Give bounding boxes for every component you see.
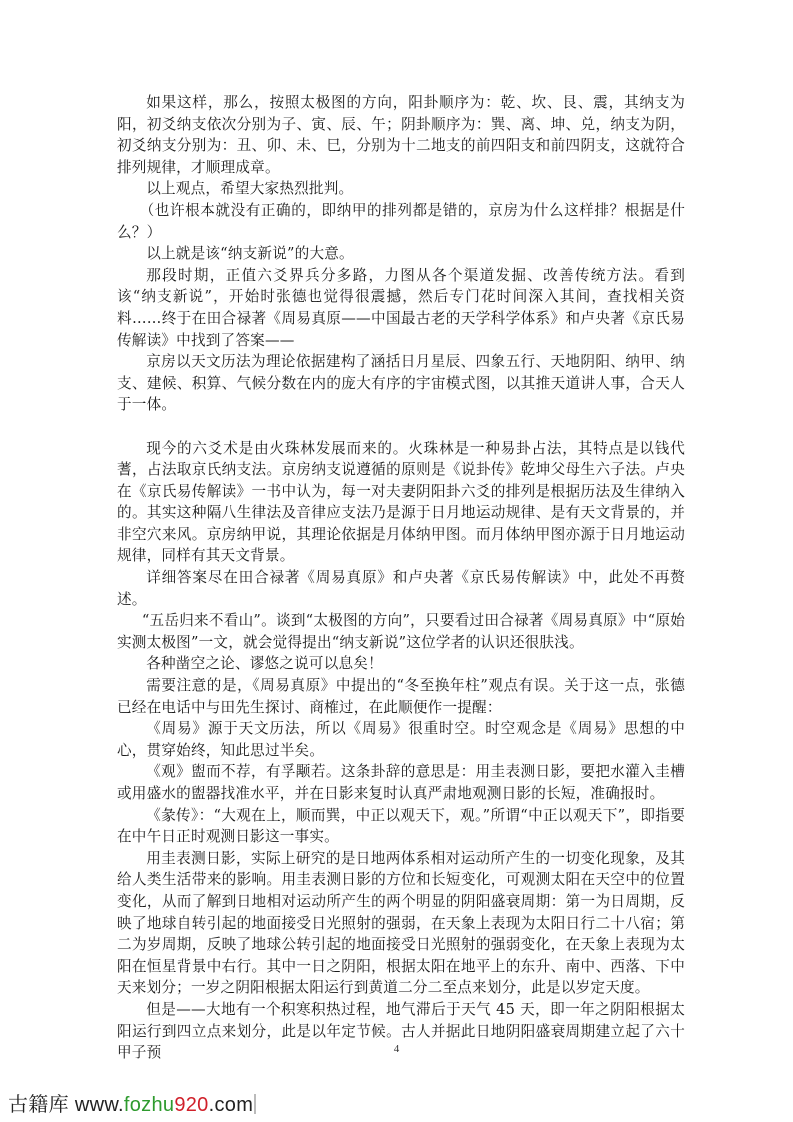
paragraph: 京房以天文历法为理论依据建构了涵括日月星辰、四象五行、天地阴阳、纳甲、纳支、建候…	[117, 351, 685, 416]
paragraph: 用圭表测日影，实际上研究的是日地两体系相对运动所产生的一切变化现象，及其给人类生…	[117, 848, 685, 999]
paragraph: “五岳归来不看山”。谈到“太极图的方向”，只要看过田合禄著《周易真原》中“原始实…	[117, 610, 685, 653]
paragraph: 那段时期，正值六爻界兵分多路，力图从各个渠道发掘、改善传统方法。看到该“纳支新说…	[117, 265, 685, 351]
watermark-url-prefix: www.	[75, 1094, 124, 1116]
text-cursor-icon	[254, 1094, 256, 1114]
paragraph: 《观》盥而不荐，有孚颙若。这条卦辞的意思是：用圭表测日影，要把水灌入圭槽或用盛水…	[117, 761, 685, 804]
site-watermark: 古籍库www.fozhu920.com	[8, 1088, 256, 1117]
paragraph: 《彖传》：“大观在上，顺而巽，中正以观天下，观。”所谓“中正以观天下”，即指要在…	[117, 805, 685, 848]
watermark-url-suffix: .com	[209, 1094, 254, 1116]
paragraph: 以上观点，希望大家热烈批判。	[117, 178, 685, 200]
paragraph: 现今的六爻术是由火珠林发展而来的。火珠林是一种易卦占法，其特点是以钱代蓍，占法取…	[117, 438, 685, 568]
watermark-url-green: fozhu	[124, 1094, 174, 1116]
paragraph: 如果这样，那么，按照太极图的方向，阳卦顺序为：乾、坎、艮、震，其纳支为阳，初爻纳…	[117, 92, 685, 178]
watermark-url-red: 920	[174, 1094, 208, 1116]
paragraph: （也许根本就没有正确的，即纳甲的排列都是错的，京房为什么这样排？根据是什么？）	[117, 200, 685, 243]
watermark-label: 古籍库	[8, 1094, 69, 1116]
paragraph: 各种凿空之论、谬悠之说可以息矣！	[117, 653, 685, 675]
paragraph: 详细答案尽在田合禄著《周易真原》和卢央著《京氏易传解读》中，此处不再赘述。	[117, 567, 685, 610]
document-body: 如果这样，那么，按照太极图的方向，阳卦顺序为：乾、坎、艮、震，其纳支为阳，初爻纳…	[117, 92, 685, 1064]
paragraph: 需要注意的是，《周易真原》中提出的“冬至换年柱”观点有误。关于这一点，张德已经在…	[117, 675, 685, 718]
page-number: 4	[0, 1043, 793, 1055]
paragraph: 以上就是该“纳支新说”的大意。	[117, 243, 685, 265]
blank-line	[117, 416, 685, 438]
paragraph: 《周易》源于天文历法，所以《周易》很重时空。时空观念是《周易》思想的中心，贯穿始…	[117, 718, 685, 761]
